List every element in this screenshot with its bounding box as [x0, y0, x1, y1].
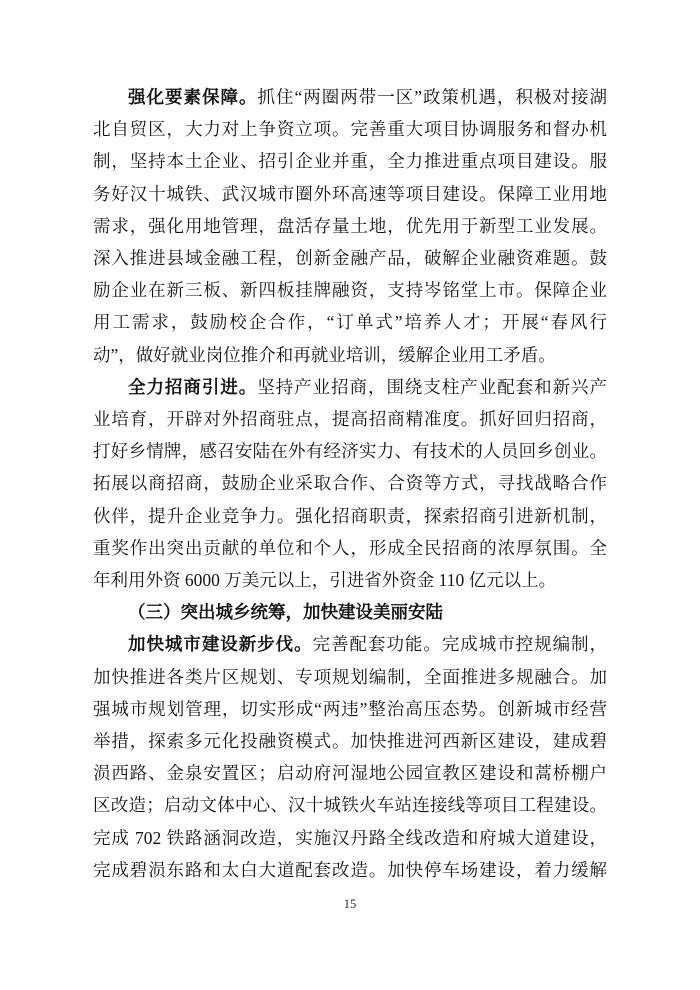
paragraph-element-guarantee: 强化要素保障。抓住“两圈两带一区”政策机遇，积极对接湖 北自贸区，大力对上争资立… [93, 81, 607, 371]
paragraph-lead: 强化要素保障。 [128, 87, 258, 107]
text-line: 涢西路、金泉安置区；启动府河湿地公园宣教区建设和蒿桥棚户 [93, 757, 607, 789]
text-line: 强城市规划管理，切实形成“两违”整治高压态势。创新城市经营 [93, 693, 607, 725]
text-line: 务好汉十城铁、武汉城市圈外环高速等项目建设。保障工业用地 [93, 178, 607, 210]
text-line: 完成碧涢东路和太白大道配套改造。加快停车场建设，着力缓解 [93, 854, 607, 886]
document-body: 强化要素保障。抓住“两圈两带一区”政策机遇，积极对接湖 北自贸区，大力对上争资立… [93, 81, 607, 886]
text-line: 北自贸区，大力对上争资立项。完善重大项目协调服务和督办机 [93, 113, 607, 145]
text-line: 加快推进各类片区规划、专项规划编制，全面推进多规融合。加 [93, 661, 607, 693]
text-line: 举措，探索多元化投融资模式。加快推进河西新区建设，建成碧 [93, 725, 607, 757]
text-line: 完成 702 铁路涵洞改造，实施汉丹路全线改造和府城大道建设， [93, 822, 607, 854]
paragraph-investment-attraction: 全力招商引进。坚持产业招商，围绕支柱产业配套和新兴产 业培育，开辟对外招商驻点，… [93, 371, 607, 596]
text-line: 拓展以商招商，鼓励企业采取合作、合资等方式，寻找战略合作 [93, 467, 607, 499]
text-line: 加快城市建设新步伐。完善配套功能。完成城市控规编制， [93, 628, 607, 660]
text-line: 打好乡情牌，感召安陆在外有经济实力、有技术的人员回乡创业。 [93, 435, 607, 467]
text-line: 年利用外资 6000 万美元以上，引进省外资金 110 亿元以上。 [93, 564, 607, 596]
page-number: 15 [0, 897, 700, 912]
section-heading: （三）突出城乡统筹，加快建设美丽安陆 [93, 596, 607, 628]
text-line: 区改造；启动文体中心、汉十城铁火车站连接线等项目工程建设。 [93, 789, 607, 821]
text-line: 需求，强化用地管理，盘活存量土地，优先用于新型工业发展。 [93, 210, 607, 242]
text-line: 业培育，开辟对外招商驻点，提高招商精准度。抓好回归招商， [93, 403, 607, 435]
paragraph-lead: 全力招商引进。 [128, 377, 257, 397]
text-line: 动”，做好就业岗位推介和再就业培训，缓解企业用工矛盾。 [93, 339, 607, 371]
text-line: 励企业在新三板、新四板挂牌融资，支持岑铭堂上市。保障企业 [93, 274, 607, 306]
text-run: 抓住“两圈两带一区”政策机遇，积极对接湖 [258, 87, 608, 107]
text-line: 强化要素保障。抓住“两圈两带一区”政策机遇，积极对接湖 [93, 81, 607, 113]
text-line: 伙伴，提升企业竞争力。强化招商职责，探索招商引进新机制， [93, 500, 607, 532]
paragraph-lead: 加快城市建设新步伐。 [128, 634, 313, 654]
text-line: 用工需求，鼓励校企合作，“订单式”培养人才；开展“春风行 [93, 306, 607, 338]
text-line: 制，坚持本土企业、招引企业并重，全力推进重点项目建设。服 [93, 145, 607, 177]
text-line: 全力招商引进。坚持产业招商，围绕支柱产业配套和新兴产 [93, 371, 607, 403]
text-line: 深入推进县域金融工程，创新金融产品，破解企业融资难题。鼓 [93, 242, 607, 274]
document-page: 强化要素保障。抓住“两圈两带一区”政策机遇，积极对接湖 北自贸区，大力对上争资立… [0, 0, 700, 990]
paragraph-urban-construction: 加快城市建设新步伐。完善配套功能。完成城市控规编制， 加快推进各类片区规划、专项… [93, 628, 607, 886]
section-heading-block: （三）突出城乡统筹，加快建设美丽安陆 [93, 596, 607, 628]
text-run: 完善配套功能。完成城市控规编制， [313, 634, 607, 654]
text-line: 重奖作出突出贡献的单位和个人，形成全民招商的浓厚氛围。全 [93, 532, 607, 564]
text-run: 坚持产业招商，围绕支柱产业配套和新兴产 [257, 377, 607, 397]
